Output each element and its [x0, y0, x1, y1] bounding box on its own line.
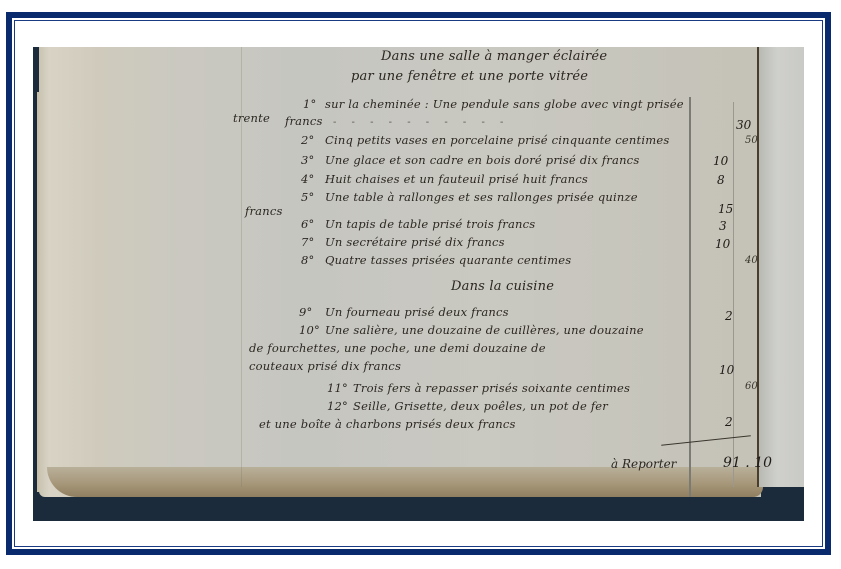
item-text: Un tapis de table prisé trois francs — [325, 217, 535, 231]
item-francs: 15 — [718, 202, 733, 216]
item-text: Un fourneau prisé deux francs — [325, 305, 509, 319]
item-text: sur la cheminée : Une pendule sans globe… — [325, 97, 684, 111]
item-text: Quatre tasses prisées quarante centimes — [325, 253, 571, 267]
item-text: Un secrétaire prisé dix francs — [325, 235, 505, 249]
item-text: Une salière, une douzaine de cuillères, … — [325, 323, 644, 337]
page-total: 91 . 10 — [723, 455, 772, 471]
item-francs: 10 — [715, 237, 730, 251]
item-centimes: 40 — [745, 255, 758, 266]
section-heading-kitchen: Dans la cuisine — [451, 279, 554, 294]
item-number: 10° — [299, 323, 320, 337]
amount-column-rule — [689, 97, 691, 497]
item-text-line-2: et une boîte à charbons prisés deux fran… — [259, 417, 516, 431]
item-number: 1° — [303, 97, 316, 111]
item-text-line-2: de fourchettes, une poche, une demi douz… — [249, 341, 546, 355]
adjacent-page — [759, 47, 804, 487]
item-francs: 3 — [719, 219, 727, 233]
item-francs: 2 — [725, 309, 733, 323]
item-text: Trois fers à repasser prisés soixante ce… — [353, 381, 630, 395]
heading-line-2: par une fenêtre et une porte vitrée — [351, 69, 588, 84]
binding-spine — [757, 47, 759, 487]
manuscript-photograph: Dans une salle à manger éclairée par une… — [33, 47, 804, 521]
carry-forward-label: à Reporter — [611, 457, 676, 471]
item-text: Une glace et son cadre en bois doré pris… — [325, 153, 639, 167]
item-number: 11° — [327, 381, 348, 395]
page-worn-edge — [47, 467, 763, 497]
item-francs: 8 — [717, 173, 725, 187]
item-text: Seille, Grisette, deux poêles, un pot de… — [353, 399, 608, 413]
item-number: 4° — [301, 172, 314, 186]
item-centimes: 50 — [745, 135, 758, 146]
item-number: 6° — [301, 217, 314, 231]
item-number: 8° — [301, 253, 314, 267]
item-francs: 10 — [719, 363, 734, 377]
item-francs: 30 — [736, 118, 751, 132]
item-text-line-3: couteaux prisé dix francs — [249, 359, 401, 373]
item-text: Huit chaises et un fauteuil prisé huit f… — [325, 172, 588, 186]
item-continuation: francs — [285, 114, 323, 128]
item-number: 9° — [299, 305, 312, 319]
item-francs: 10 — [713, 154, 728, 168]
item-number: 5° — [301, 190, 314, 204]
item-francs: 2 — [725, 415, 733, 429]
item-number: 3° — [301, 153, 314, 167]
item-text: Cinq petits vases en porcelaine prisé ci… — [325, 133, 669, 147]
separator-dashes: - - - - - - - - - - — [333, 117, 509, 128]
item-margin-note: trente — [233, 111, 270, 125]
item-margin-note: francs — [245, 204, 283, 218]
item-centimes: 60 — [745, 381, 758, 392]
item-number: 12° — [327, 399, 348, 413]
item-text: Une table à rallonges et ses rallonges p… — [325, 190, 638, 204]
item-number: 7° — [301, 235, 314, 249]
heading-line-1: Dans une salle à manger éclairée — [381, 49, 607, 64]
item-number: 2° — [301, 133, 314, 147]
centimes-column-rule — [733, 102, 734, 487]
